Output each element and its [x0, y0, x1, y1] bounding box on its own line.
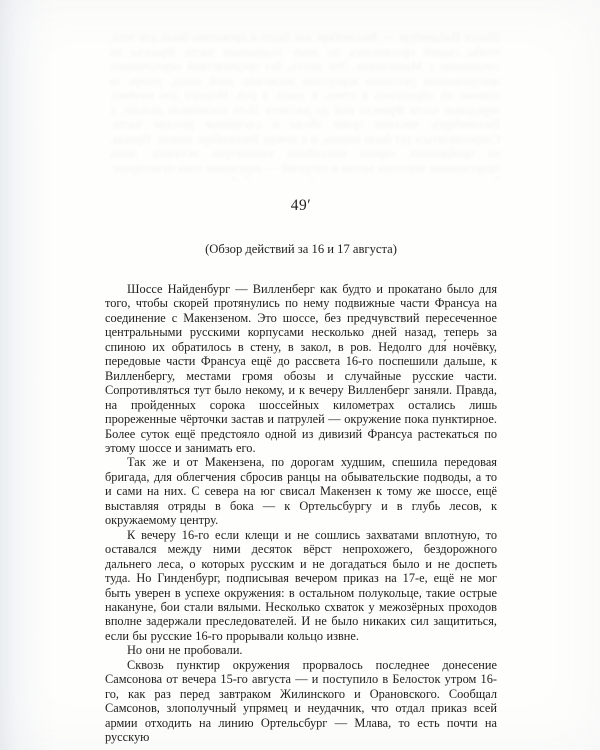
- chapter-number: 49′: [105, 197, 497, 215]
- chapter-subtitle: (Обзор действий за 16 и 17 августа): [105, 242, 497, 257]
- paragraph: Так же и от Макензена, по дорогам худшим…: [105, 455, 497, 527]
- text-block: 49′ (Обзор действий за 16 и 17 августа) …: [105, 197, 497, 745]
- paragraph: Сквозь пунктир окружения прорвалось посл…: [105, 658, 497, 745]
- paragraph: К вечеру 16-го если клещи и не сошлись з…: [105, 528, 497, 644]
- book-page: Шоссе Найденбург — Вилленберг как будто …: [0, 0, 600, 750]
- paragraph: Шоссе Найденбург — Вилленберг как будто …: [105, 282, 497, 455]
- paragraph: Но они не пробовали.: [105, 643, 497, 657]
- reverse-side-show-through: Шоссе Найденбург — Вилленберг как будто …: [110, 30, 500, 180]
